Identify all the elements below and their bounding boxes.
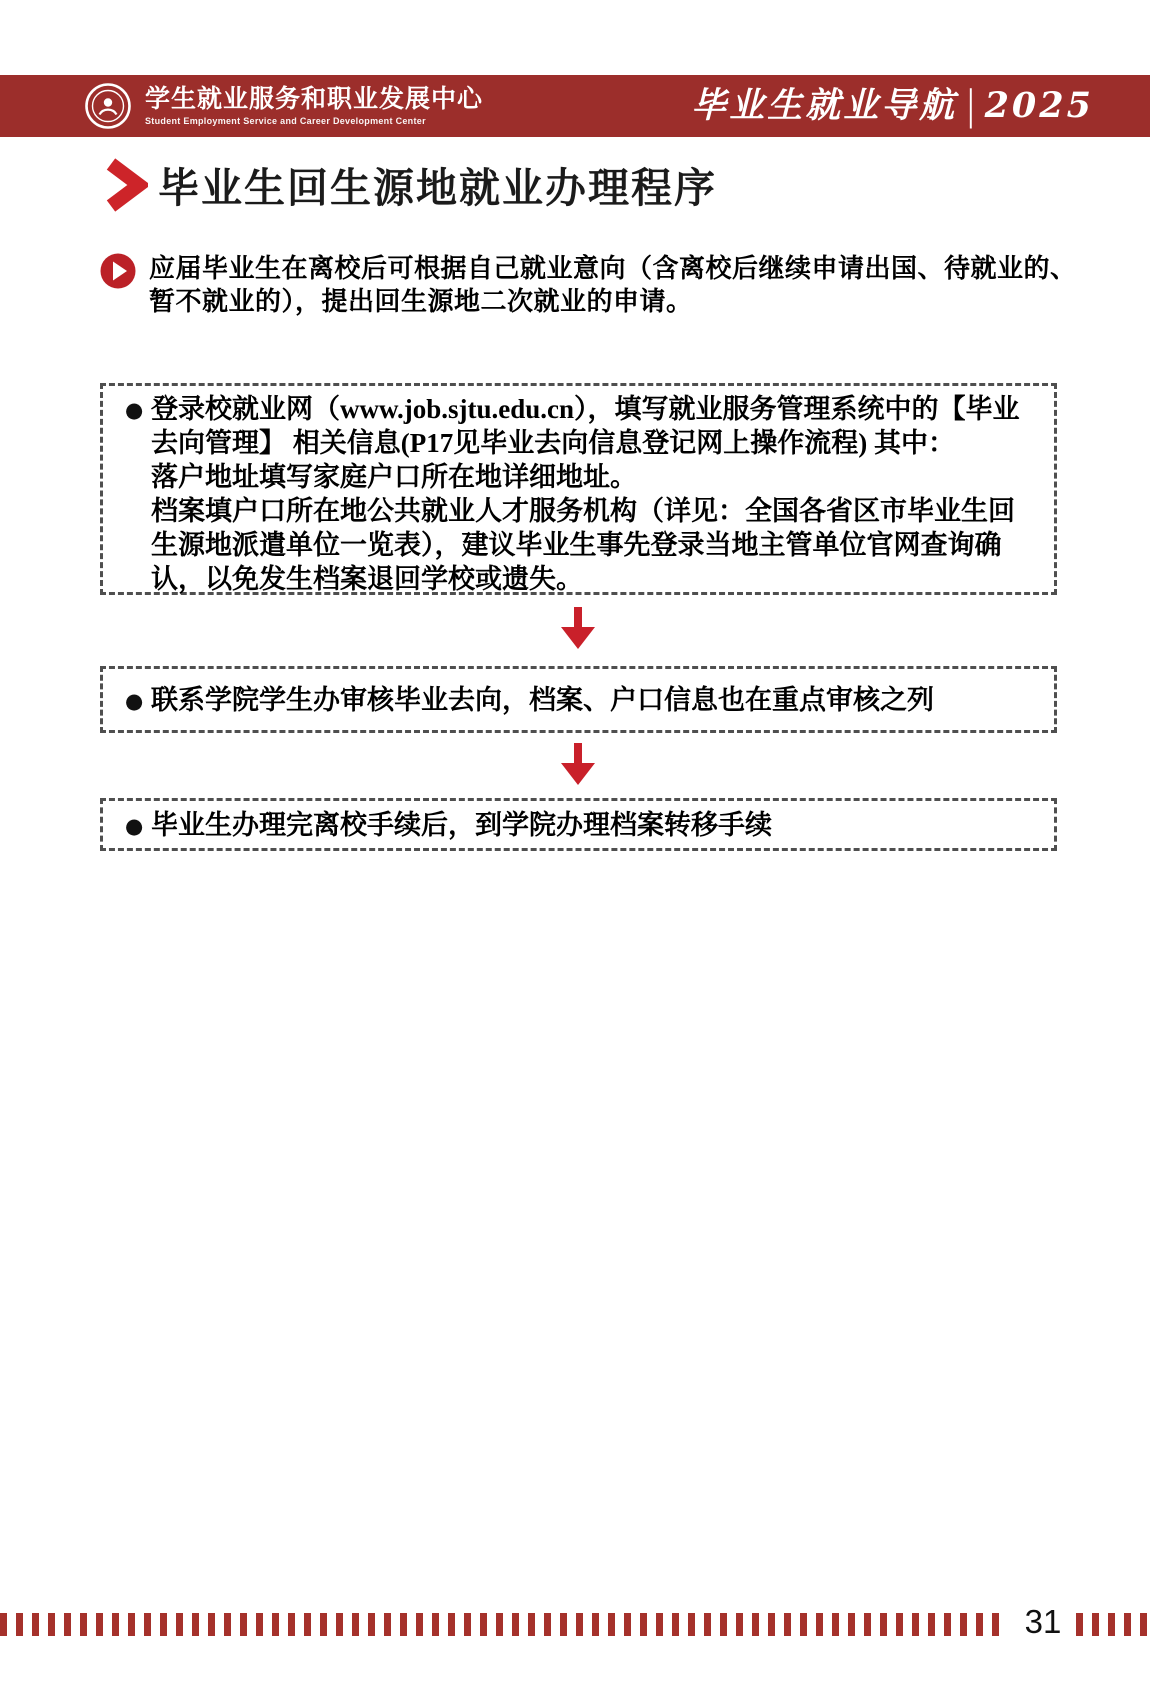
edition-banner: 毕业生就业导航 | 2025 [691,87,1094,125]
flow-step-2: ● 联系学院学生办审核毕业去向，档案、户口信息也在重点审核之列 [127,683,1038,717]
intro-paragraph: 应届毕业生在离校后可根据自己就业意向（含离校后继续申请出国、待就业的、暂不就业的… [100,252,1078,318]
footer-tick-bars-right [1076,1613,1150,1636]
flow-step-3: ● 毕业生办理完离校手续后，到学院办理档案转移手续 [127,808,1038,842]
header-band: 学生就业服务和职业发展中心 Student Employment Service… [0,75,1150,137]
flow-step-line: 档案填户口所在地公共就业人才服务机构（详见：全国各省区市毕业生回生源地派遣单位一… [151,494,1038,596]
org-name-en: Student Employment Service and Career De… [145,116,483,126]
step-bullet-icon: ● [125,393,143,427]
flow-step-line: 登录校就业网（www.job.sjtu.edu.cn），填写就业服务管理系统中的… [151,392,1038,460]
edition-year: 2025 [985,87,1094,125]
edition-divider: | [967,87,975,125]
flow-step-1: ● 登录校就业网（www.job.sjtu.edu.cn），填写就业服务管理系统… [127,392,1038,596]
flow-step-2-box: ● 联系学院学生办审核毕业去向，档案、户口信息也在重点审核之列 [100,666,1057,733]
flow-step-1-box: ● 登录校就业网（www.job.sjtu.edu.cn），填写就业服务管理系统… [100,383,1057,595]
footer-tick-bars-left [0,1613,1004,1636]
org-name-block: 学生就业服务和职业发展中心 Student Employment Service… [145,86,483,126]
flow-step-line: 毕业生办理完离校手续后，到学院办理档案转移手续 [151,808,1038,842]
intro-text: 应届毕业生在离校后可根据自己就业意向（含离校后继续申请出国、待就业的、暂不就业的… [149,252,1078,318]
step-bullet-icon: ● [125,809,143,843]
page-number: 31 [1014,1603,1072,1641]
step-bullet-icon: ● [125,684,143,718]
arrow-down-icon [558,607,598,649]
edition-title: 毕业生就业导航 [691,87,957,125]
play-circle-icon [100,253,136,289]
flow-step-line: 落户地址填写家庭户口所在地详细地址。 [151,460,1038,494]
university-seal-logo [84,82,132,130]
chevron-right-icon [102,157,148,213]
page-title: 毕业生回生源地就业办理程序 [158,155,717,214]
org-name-zh: 学生就业服务和职业发展中心 [145,86,483,113]
flow-step-line: 联系学院学生办审核毕业去向，档案、户口信息也在重点审核之列 [151,683,1038,717]
flow-step-3-box: ● 毕业生办理完离校手续后，到学院办理档案转移手续 [100,798,1057,851]
section-title-row: 毕业生回生源地就业办理程序 [102,155,717,214]
arrow-down-icon [558,743,598,785]
